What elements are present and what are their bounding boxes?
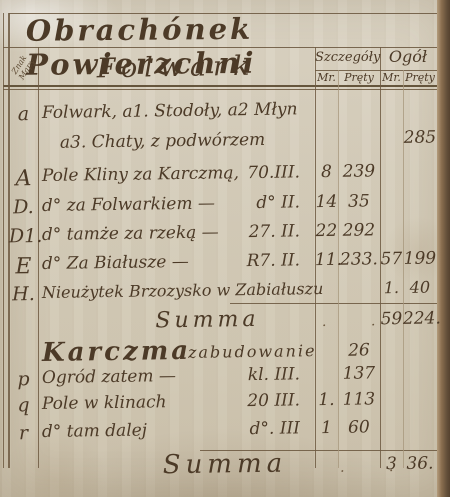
row-letter: E [9, 254, 38, 279]
details-mr-value: 1 [315, 418, 338, 438]
row-letter: p [9, 368, 38, 390]
row-letter: D. [9, 196, 38, 218]
row-description-text: Nieużytek Brzozysko w Zabiałuszu [42, 279, 324, 302]
total-mr-header: Mr. [380, 71, 403, 84]
row-description-text: Pole Kliny za Karczmą, [42, 163, 239, 186]
karczma-title: Karczma [42, 336, 192, 368]
row-description: Pole w klinach20 III. [42, 390, 300, 414]
total-mr-value: 59 [380, 309, 403, 329]
details-group-header: Szczegóły [315, 50, 380, 65]
page-edge-shadow [437, 0, 450, 497]
table-row: q Pole w klinach20 III. 1. 113 [0, 388, 437, 420]
details-prety-header: Pręty [338, 71, 380, 84]
summa-label: Summa [130, 448, 320, 481]
row-description: d° Za Białusze —R7. II. [42, 250, 300, 274]
row-description: d° za Folwarkiem —d° II. [42, 192, 300, 216]
ledger-page: Obrachónek Powierzchni Znak Mapy Folwark… [0, 0, 450, 497]
row-description-continued: a3. Chaty, z podwórzem [60, 130, 266, 153]
row-description-text: d° za Folwarkiem — [42, 194, 215, 216]
details-mr-value: 1. [315, 390, 338, 410]
row-class-mark: 27. II. [249, 221, 301, 242]
total-prety-value: 199 [403, 248, 437, 268]
row-description-text: d° tam dalej [42, 421, 147, 442]
details-prety-value: 137 [338, 363, 380, 384]
row-class-mark: 70.III. [247, 162, 300, 183]
row-description-text: Ogród zatem — [42, 366, 176, 388]
row-description-text: d° tamże za rzeką — [42, 223, 219, 245]
details-mr-value: 11. [315, 250, 338, 270]
details-prety-value: 26 [338, 340, 380, 361]
details-prety-value: 113 [338, 389, 380, 410]
row-description: d° tam dalejd°. III [42, 418, 300, 442]
summa-row-karczma: Summa . . 3 36. [0, 446, 437, 486]
row-letter: a [9, 103, 38, 125]
table-row: D. d° za Folwarkiem —d° II. 14 35 [0, 190, 437, 222]
summa-dots: . . [322, 313, 377, 330]
row-description: d° tamże za rzeką —27. II. [42, 221, 300, 245]
table-row: a Folwark, a1. Stodoły, a2 Młyn [0, 97, 437, 129]
header-rule-thin [3, 89, 437, 90]
name-column-header: Folwark [38, 50, 315, 86]
table-row: D1. d° tamże za rzeką —27. II. 22 292 [0, 219, 437, 251]
row-class-mark: d°. III [249, 418, 300, 439]
total-mr-value: 57 [380, 249, 403, 269]
details-mr-value: 14 [315, 192, 338, 212]
details-mr-value: 22 [315, 221, 338, 241]
details-mr-header: Mr. [315, 71, 338, 84]
row-letter: q [9, 394, 38, 416]
row-description: Folwark, a1. Stodoły, a2 Młyn [42, 99, 300, 123]
total-prety-value: 36. [403, 453, 437, 473]
total-prety-header: Pręty [403, 71, 437, 84]
total-prety-value: 224. [403, 308, 437, 328]
row-description-text: d° Za Białusze — [42, 252, 189, 274]
total-mr-value: 1. [380, 278, 403, 297]
row-class-mark: 20 III. [247, 390, 300, 411]
table-row: r d° tam dalejd°. III 1 60 [0, 416, 437, 448]
row-class-mark: kl. III. [248, 364, 300, 385]
row-class-mark: R7. II. [247, 250, 301, 271]
total-prety-value: 285 [403, 127, 437, 147]
details-prety-value: 233. [338, 249, 380, 270]
total-mr-value: 3 [380, 454, 403, 474]
row-description-text: Folwark, a1. Stodoły, a2 Młyn [42, 99, 298, 123]
row-letter: D1. [9, 225, 38, 247]
details-prety-value: 35 [338, 191, 380, 212]
table-row: A Pole Kliny za Karczmą,70.III. 8 239 [0, 160, 437, 192]
details-prety-value: 60 [338, 417, 380, 438]
row-letter: H. [9, 283, 38, 305]
row-description: Nieużytek Brzozysko w Zabiałuszu [42, 279, 359, 302]
total-prety-value: 40 [403, 277, 437, 296]
row-letter: r [9, 422, 38, 444]
row-description: Ogród zatem —kl. III. [42, 364, 300, 388]
karczma-subtitle: zabudowanie [188, 341, 317, 362]
row-class-mark: d° II. [256, 192, 300, 213]
details-mr-value: 8 [315, 162, 338, 182]
table-row: a3. Chaty, z podwórzem 285 [0, 127, 437, 159]
summa-label: Summa [100, 306, 315, 334]
row-description: Pole Kliny za Karczmą,70.III. [42, 162, 300, 186]
row-letter: A [9, 166, 38, 191]
row-description-text: Pole w klinach [42, 392, 167, 414]
total-group-header: Ogół [380, 47, 436, 66]
details-prety-value: 292 [338, 220, 380, 241]
table-row: E d° Za Białusze —R7. II. 11. 233. 57 19… [0, 248, 437, 280]
header-rule-thick [3, 85, 437, 87]
details-prety-value: 239 [338, 161, 380, 182]
